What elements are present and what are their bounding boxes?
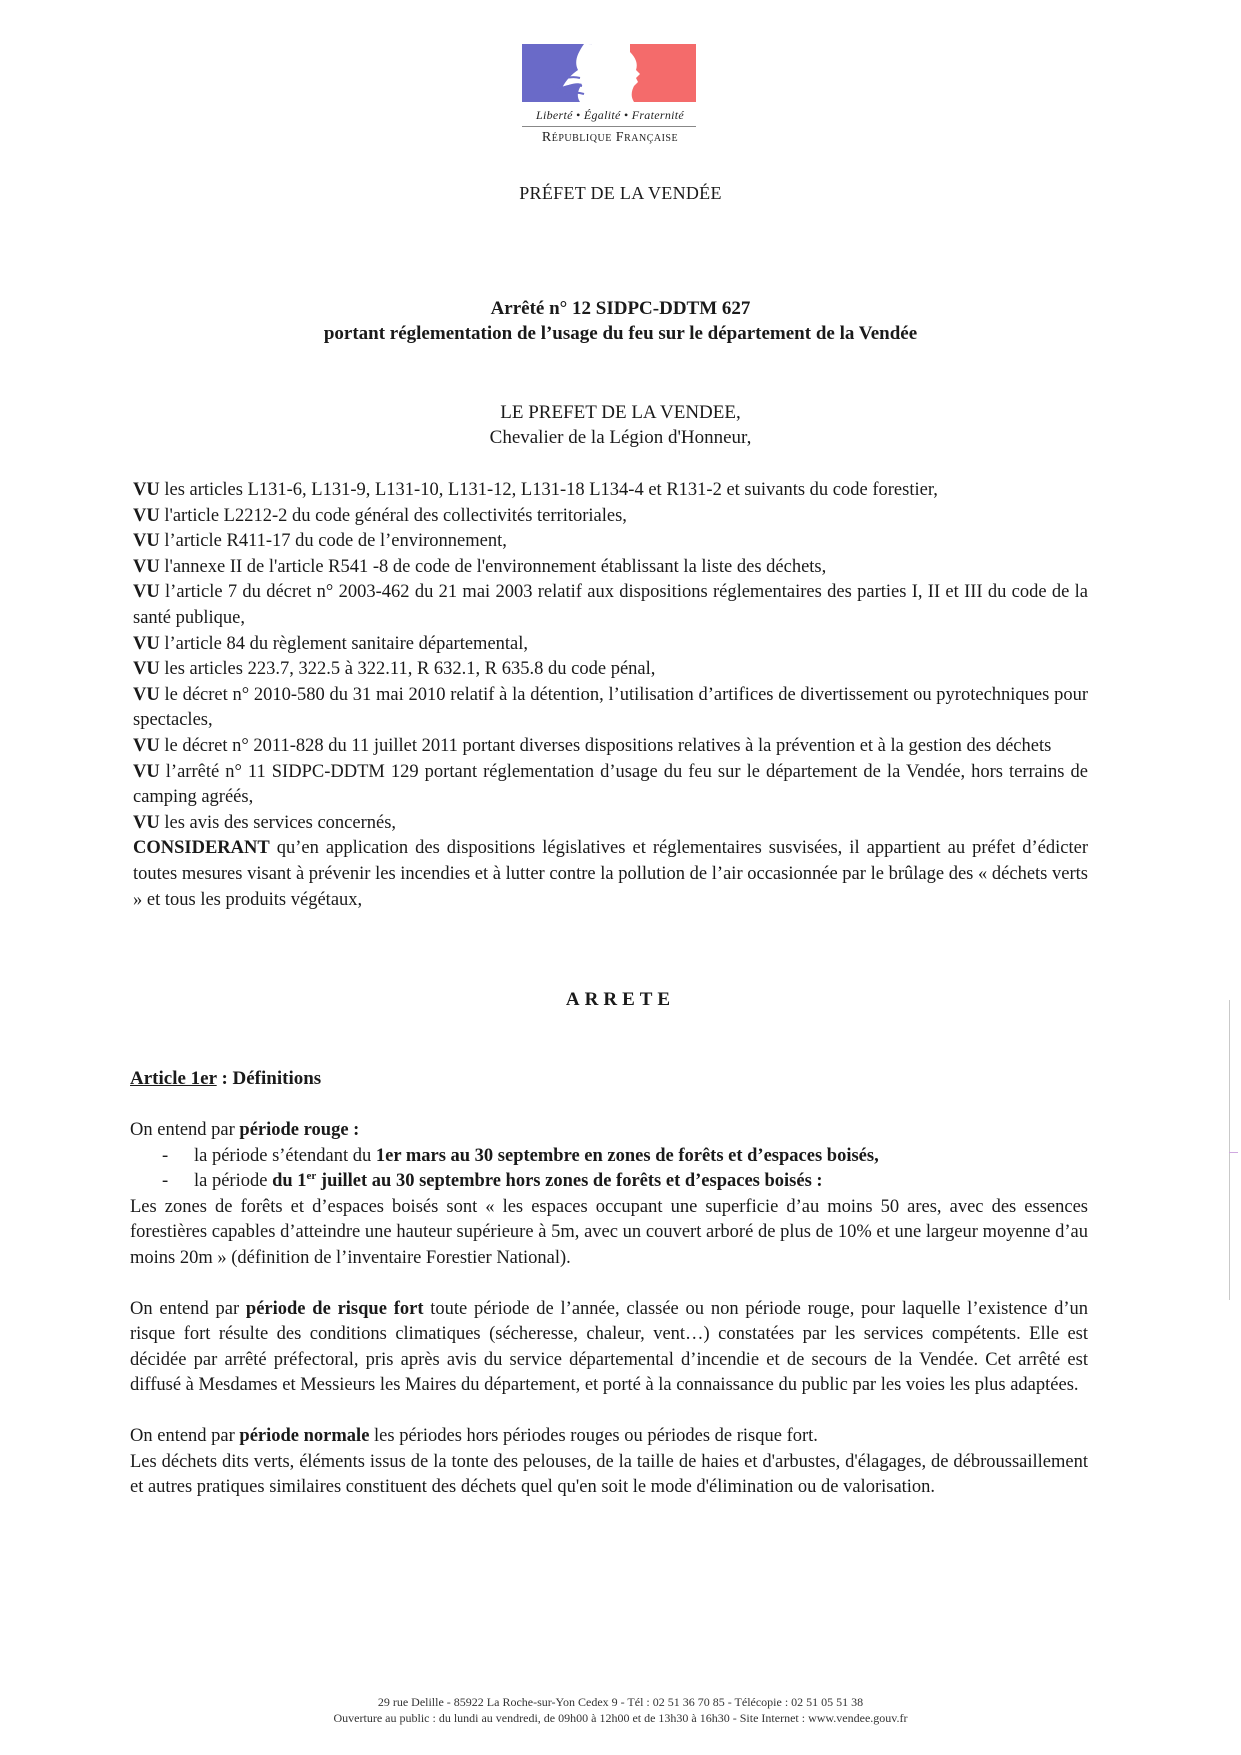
article-1-heading: Article 1er : Définitions bbox=[130, 1068, 321, 1090]
periode-normale: On entend par période normale les périod… bbox=[130, 1424, 1088, 1450]
marianne-logo-icon bbox=[522, 44, 696, 102]
visas-section: VU les articles L131-6, L131-9, L131-10,… bbox=[133, 478, 1088, 913]
prefet-line-1: LE PREFET DE LA VENDEE, bbox=[0, 400, 1241, 425]
article-label: Article 1er bbox=[130, 1068, 217, 1089]
dechets-verts-definition: Les déchets dits verts, éléments issus d… bbox=[130, 1450, 1088, 1501]
definitions-section: On entend par période rouge : - la pério… bbox=[130, 1118, 1088, 1501]
visa-item: VU l’article 7 du décret n° 2003-462 du … bbox=[133, 580, 1088, 631]
visa-item: VU l'article L2212-2 du code général des… bbox=[133, 504, 1088, 530]
scan-edge-tick bbox=[1229, 1152, 1238, 1153]
prefet-heading: LE PREFET DE LA VENDEE, Chevalier de la … bbox=[0, 400, 1241, 450]
arrete-heading: ARRETE bbox=[0, 989, 1241, 1011]
prefecture-name: PRÉFET DE LA VENDÉE bbox=[0, 183, 1241, 204]
footer-address: 29 rue Delille - 85922 La Roche-sur-Yon … bbox=[0, 1694, 1241, 1710]
periode-risque-fort: On entend par période de risque fort tou… bbox=[130, 1297, 1088, 1399]
page-title: Arrêté n° 12 SIDPC-DDTM 627 portant régl… bbox=[0, 296, 1241, 346]
title-line-2: portant réglementation de l’usage du feu… bbox=[0, 321, 1241, 346]
motto: Liberté • Égalité • Fraternité bbox=[522, 108, 698, 123]
page-footer: 29 rue Delille - 85922 La Roche-sur-Yon … bbox=[0, 1694, 1241, 1726]
visa-item: VU le décret n° 2010-580 du 31 mai 2010 … bbox=[133, 683, 1088, 734]
footer-hours: Ouverture au public : du lundi au vendre… bbox=[0, 1710, 1241, 1726]
visa-item: VU l’arrêté n° 11 SIDPC-DDTM 129 portant… bbox=[133, 760, 1088, 811]
visa-item: VU l’article R411-17 du code de l’enviro… bbox=[133, 529, 1088, 555]
visa-item: VU l’article 84 du règlement sanitaire d… bbox=[133, 632, 1088, 658]
list-item: - la période du 1er juillet au 30 septem… bbox=[130, 1169, 1088, 1195]
considerant-item: CONSIDERANT qu’en application des dispos… bbox=[133, 836, 1088, 913]
zones-definition: Les zones de forêts et d’espaces boisés … bbox=[130, 1195, 1088, 1272]
visa-item: VU les articles L131-6, L131-9, L131-10,… bbox=[133, 478, 1088, 504]
article-title: Définitions bbox=[233, 1068, 322, 1089]
periode-rouge-intro: On entend par période rouge : bbox=[130, 1118, 1088, 1144]
visa-item: VU les avis des services concernés, bbox=[133, 811, 1088, 837]
republique-francaise-logo: Liberté • Égalité • Fraternité Républiqu… bbox=[522, 44, 698, 146]
divider bbox=[522, 126, 696, 127]
visa-item: VU l'annexe II de l'article R541 -8 de c… bbox=[133, 555, 1088, 581]
republique-label: République Française bbox=[522, 130, 698, 146]
visa-item: VU les articles 223.7, 322.5 à 322.11, R… bbox=[133, 657, 1088, 683]
document-page: Liberté • Égalité • Fraternité Républiqu… bbox=[0, 0, 1241, 1755]
prefet-line-2: Chevalier de la Légion d'Honneur, bbox=[0, 425, 1241, 450]
list-item: - la période s’étendant du 1er mars au 3… bbox=[130, 1144, 1088, 1170]
title-line-1: Arrêté n° 12 SIDPC-DDTM 627 bbox=[0, 296, 1241, 321]
visa-item: VU le décret n° 2011-828 du 11 juillet 2… bbox=[133, 734, 1088, 760]
scan-edge-mark bbox=[1229, 1000, 1230, 1300]
